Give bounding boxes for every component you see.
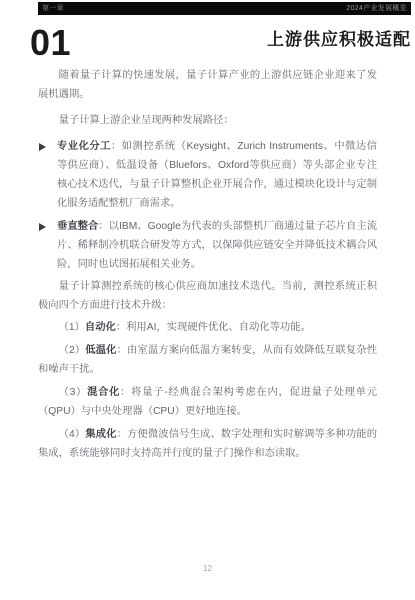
arrow-right-bullet-icon [39, 223, 46, 231]
body-content: 随着量子计算的快速发展，量子计算产业的上游供应链企业迎来了发展机遇期。 量子计算… [38, 66, 377, 467]
header-document-title: 2024产业发展概览 [346, 2, 407, 15]
bullet-item-specialization: 专业化分工：如测控系统（Keysight、Zurich Instruments、… [38, 137, 377, 213]
arrow-right-bullet-icon [39, 143, 46, 151]
item-prefix: （1） [59, 322, 85, 333]
item-label: 自动化 [85, 322, 116, 333]
section-number: 01 [30, 25, 71, 61]
item-text: ：利用AI，实现硬件优化、自动化等功能。 [116, 322, 311, 333]
page-number: 12 [0, 564, 415, 573]
numbered-item-integration: （4）集成化：方便微波信号生成、数字处理和实时解调等多种功能的集成，系统能够同时… [38, 425, 377, 463]
numbered-item-hybrid: （3）混合化：将量子-经典混合架构考虑在内，促进量子处理单元（QPU）与中央处理… [38, 383, 377, 421]
numbered-item-cryogenic: （2）低温化：由室温方案向低温方案转变，从而有效降低互联复杂性和噪声干扰。 [38, 341, 377, 379]
paragraph-intro: 随着量子计算的快速发展，量子计算产业的上游供应链企业迎来了发展机遇期。 [38, 66, 377, 104]
header-chapter-label: 第一章 [42, 2, 64, 15]
bullet-item-vertical-integration: 垂直整合：以IBM、Google为代表的头部整机厂商通过量子芯片自主流片、稀释制… [38, 217, 377, 274]
page-header-bar: 第一章 2024产业发展概览 [38, 2, 411, 15]
bullet-text: ：以IBM、Google为代表的头部整机厂商通过量子芯片自主流片、稀释制冷机联合… [57, 221, 377, 270]
section-title: 上游供应积极适配 [267, 31, 411, 48]
document-page: 第一章 2024产业发展概览 01 上游供应积极适配 随着量子计算的快速发展，量… [0, 0, 415, 600]
bullet-label: 专业化分工 [57, 141, 111, 152]
numbered-item-automation: （1）自动化：利用AI，实现硬件优化、自动化等功能。 [38, 318, 377, 337]
item-label: 低温化 [85, 345, 116, 356]
item-prefix: （3） [59, 387, 88, 398]
item-prefix: （2） [59, 345, 86, 356]
paragraph-tech-upgrade: 量子计算测控系统的核心供应商加速技术迭代。当前，测控系统正积极向四个方面进行技术… [38, 277, 377, 315]
item-label: 集成化 [85, 429, 116, 440]
paragraph-development-paths: 量子计算上游企业呈现两种发展路径： [38, 111, 377, 130]
item-label: 混合化 [87, 387, 120, 398]
item-prefix: （4） [59, 429, 86, 440]
bullet-label: 垂直整合 [57, 221, 98, 232]
